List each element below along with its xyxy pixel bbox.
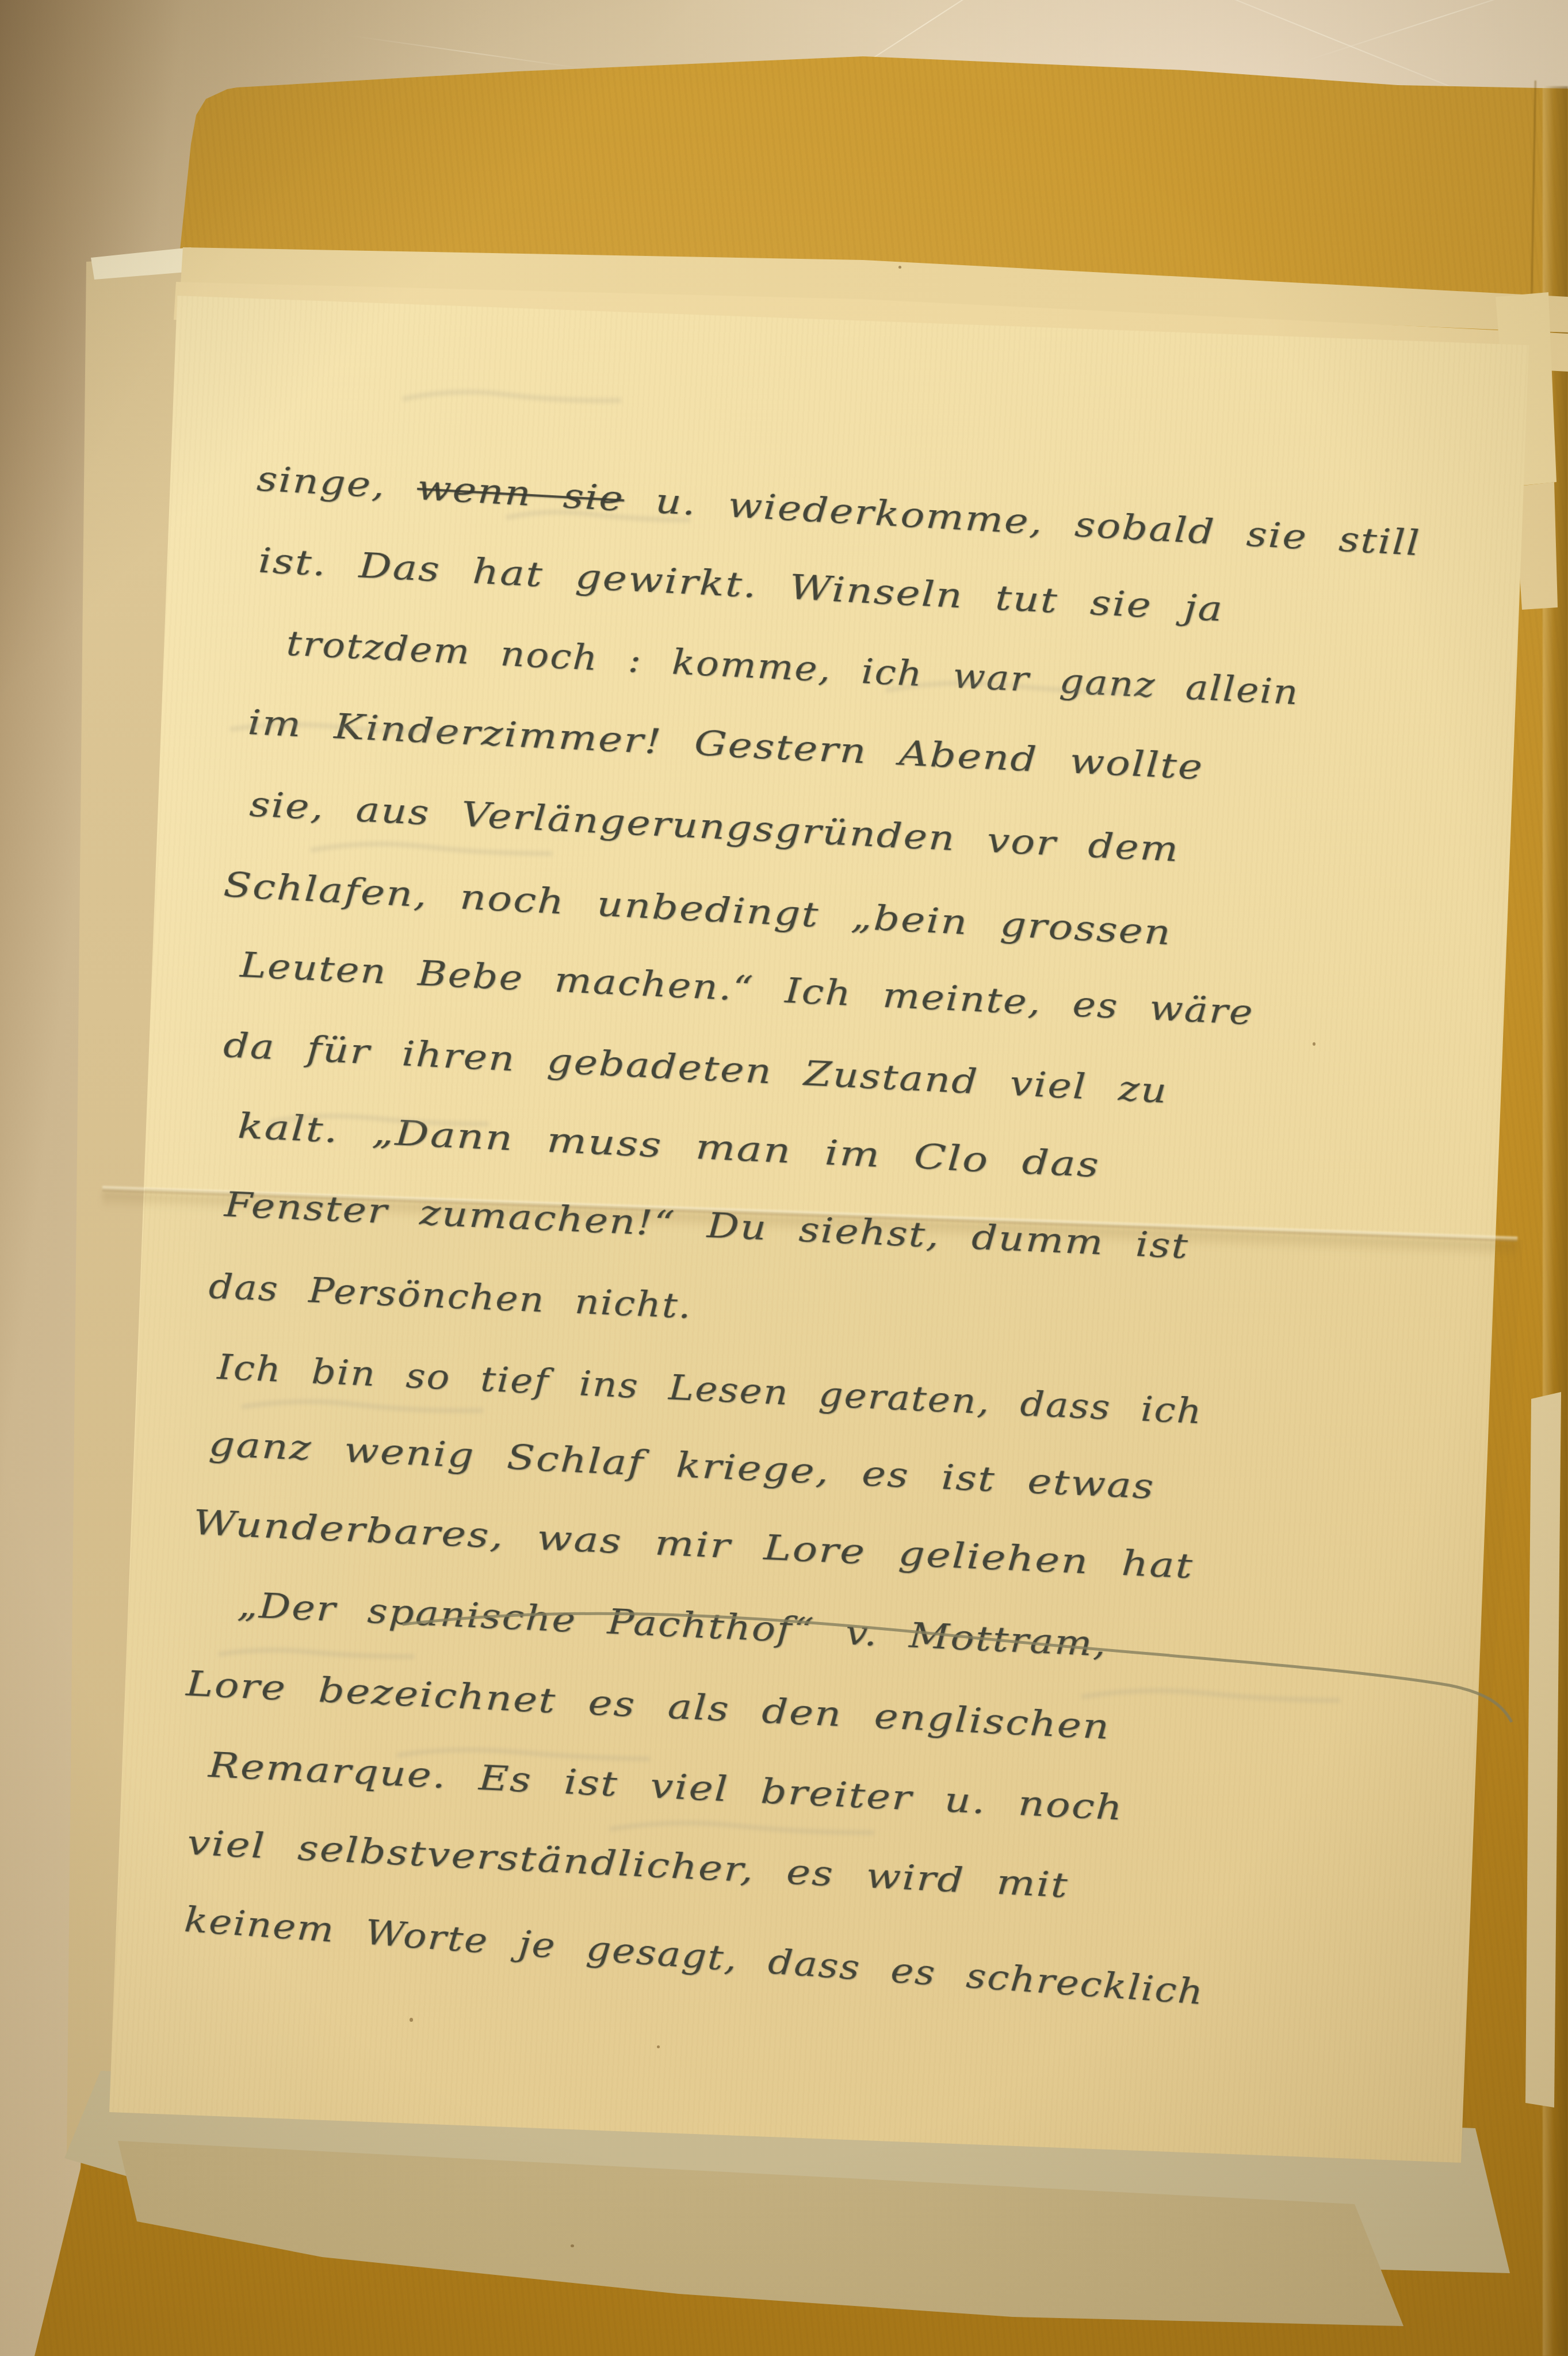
paper-speck (571, 2244, 574, 2247)
table-scratch (1301, 0, 1568, 63)
paper-speck (898, 266, 901, 269)
handwritten-line: Fenster zumachen!“ Du siehst, dumm ist (224, 1187, 1190, 1264)
handwritten-line: „Der spanische Pachthof“ v. Mottram, (236, 1588, 1108, 1662)
handwritten-line: ganz wenig Schlaf kriege, es ist etwas (208, 1426, 1156, 1504)
struck-through-text: wenn sie (416, 468, 625, 519)
handwritten-line: singe, wenn sie u. wiederkomme, sobald s… (256, 461, 1421, 561)
handwritten-line: im Kinderzimmer! Gestern Abend wollte (247, 705, 1204, 785)
photo-scene: singe, wenn sie u. wiederkomme, sobald s… (0, 0, 1568, 2356)
paper-speck (657, 2045, 660, 2048)
table-scratch (346, 35, 591, 70)
handwritten-line: Leuten Bebe machen.“ Ich meinte, es wäre (239, 948, 1255, 1030)
handwritten-line: Ich bin so tief ins Lesen geraten, dass … (216, 1350, 1203, 1429)
handwritten-line: ist. Das hat gewirkt. Winseln tut sie ja (258, 544, 1225, 627)
handwritten-line: trotzdem noch : komme, ich war ganz alle… (286, 626, 1300, 710)
handwritten-line: Lore bezeichnet es als den englischen (185, 1666, 1111, 1745)
handwritten-line: das Persönchen nicht. (208, 1269, 693, 1324)
paper-speck (1313, 1042, 1315, 1046)
handwritten-line: Remarque. Es ist viel breiter u. noch (208, 1748, 1124, 1826)
paper-speck (410, 2018, 413, 2022)
handwriting-layer: singe, wenn sie u. wiederkomme, sobald s… (109, 296, 1557, 2221)
handwritten-line: da für ihren gebadeten Zustand viel zu (223, 1028, 1169, 1108)
handwritten-line: Wunderbares, was mir Lore geliehen hat (193, 1505, 1195, 1584)
handwritten-line: Schlafen, noch unbedingt „bein grossen (223, 868, 1172, 950)
handwritten-line: sie, aus Verlängerungsgründen vor dem (248, 787, 1180, 867)
handwritten-line: keinem Worte je gesagt, dass es schreckl… (183, 1902, 1205, 2010)
handwritten-line: viel selbstverständlicher, es wird mit (186, 1825, 1069, 1903)
handwritten-line: kalt. „Dann muss man im Clo das (237, 1109, 1101, 1183)
